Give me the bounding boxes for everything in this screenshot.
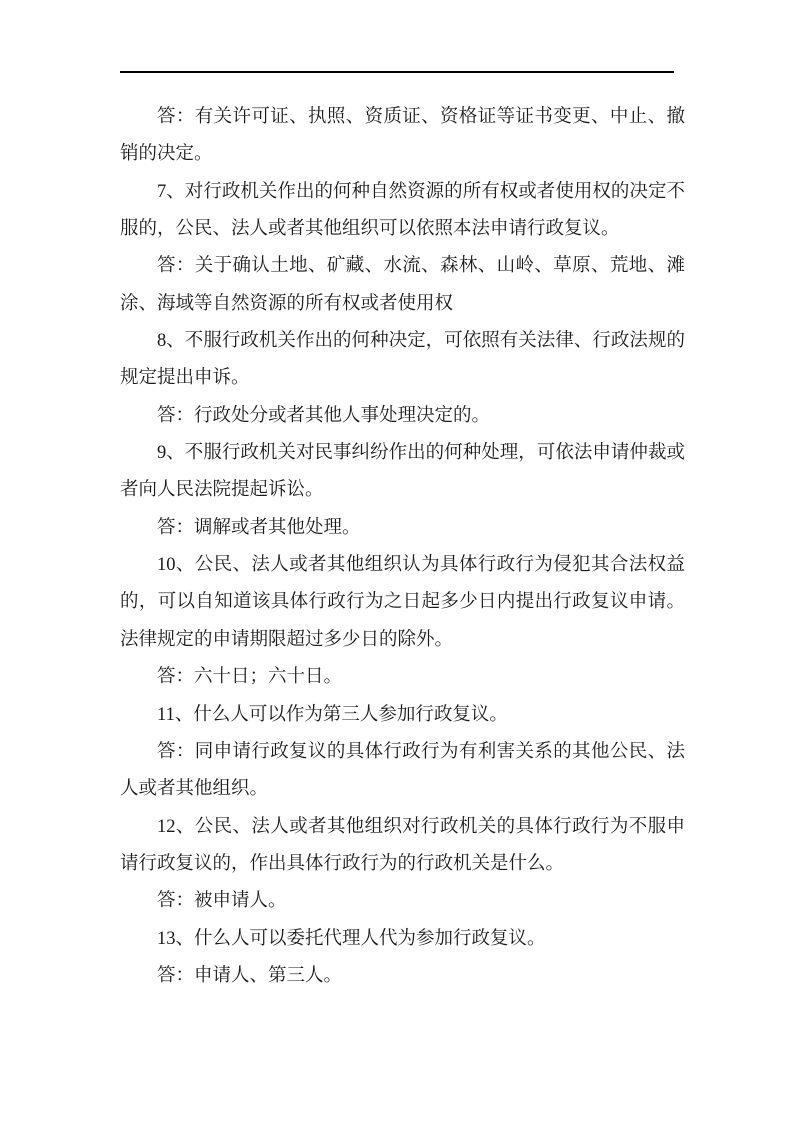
- paragraph: 答：行政处分或者其他人事处理决定的。: [120, 398, 685, 435]
- paragraph: 答：被申请人。: [120, 883, 685, 920]
- paragraph: 答：同申请行政复议的具体行政行为有利害关系的其他公民、法人或者其他组织。: [120, 734, 685, 809]
- paragraph: 9、不服行政机关对民事纠纷作出的何种处理，可依法申请仲裁或者向人民法院提起诉讼。: [120, 435, 685, 510]
- paragraph: 10、公民、法人或者其他组织认为具体行政行为侵犯其合法权益的，可以自知道该具体行…: [120, 547, 685, 659]
- paragraph: 答：六十日；六十日。: [120, 659, 685, 696]
- paragraph: 答：调解或者其他处理。: [120, 510, 685, 547]
- paragraph: 12、公民、法人或者其他组织对行政机关的具体行政行为不服申请行政复议的，作出具体…: [120, 809, 685, 884]
- paragraph: 答：关于确认土地、矿藏、水流、森林、山岭、草原、荒地、滩涂、海域等自然资源的所有…: [120, 248, 685, 323]
- paragraph: 7、对行政机关作出的何种自然资源的所有权或者使用权的决定不服的，公民、法人或者其…: [120, 174, 685, 249]
- paragraph: 答：申请人、第三人。: [120, 958, 685, 995]
- paragraph: 8、不服行政机关作出的何种决定，可依照有关法律、行政法规的规定提出申诉。: [120, 323, 685, 398]
- paragraph: 11、什么人可以作为第三人参加行政复议。: [120, 697, 685, 734]
- header-rule: [120, 71, 674, 73]
- paragraph: 13、什么人可以委托代理人代为参加行政复议。: [120, 921, 685, 958]
- paragraph: 答：有关许可证、执照、资质证、资格证等证书变更、中止、撤销的决定。: [120, 99, 685, 174]
- document-page: 答：有关许可证、执照、资质证、资格证等证书变更、中止、撤销的决定。7、对行政机关…: [0, 0, 793, 1122]
- document-body: 答：有关许可证、执照、资质证、资格证等证书变更、中止、撤销的决定。7、对行政机关…: [120, 99, 685, 995]
